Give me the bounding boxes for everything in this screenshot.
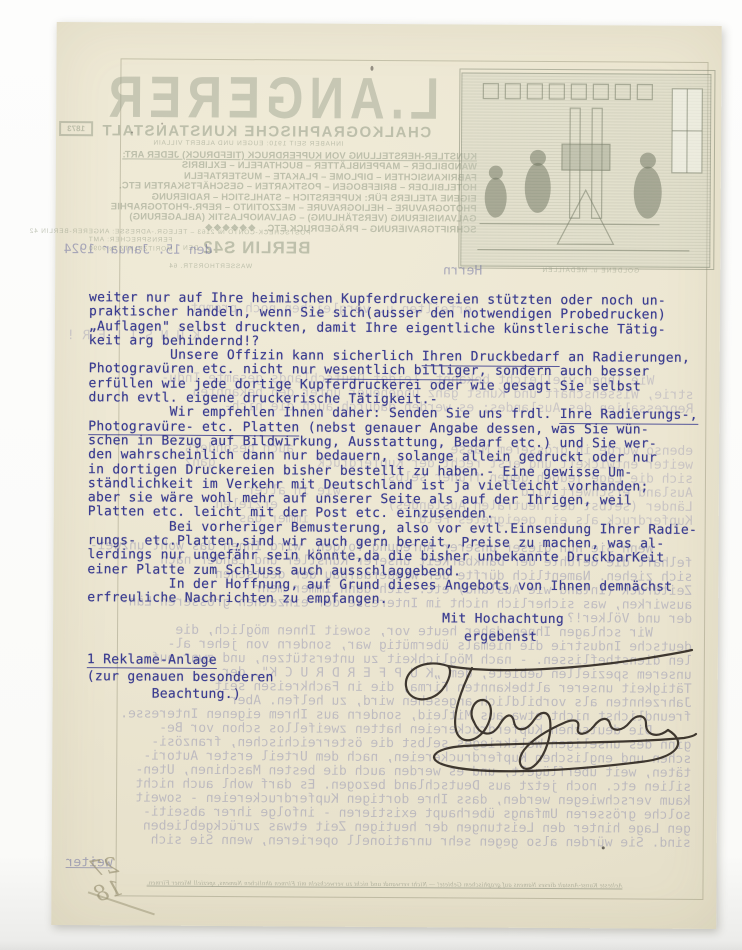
- engraving-caption: GOLDENE u. MEDAILLEN: [466, 266, 714, 275]
- enclosure-line-3: Beachtung.): [87, 687, 242, 702]
- letterhead-postscheck-line: POSTSCHECK-CONTO № 2163 – TELEGR.-ADRESS…: [94, 228, 310, 236]
- letter-paper: L.ANGERER CHALKOGRAPHISCHE KUNSTANSTALT …: [51, 22, 722, 929]
- bleed-line: sind. Sie würden also gegen sehr unratio…: [75, 833, 691, 851]
- paper-speck: [370, 66, 373, 71]
- paper-speck: [161, 123, 163, 125]
- letterhead-street: WASSERTHORSTR. 64: [120, 262, 300, 270]
- enclosure-line-1: 1 Reklame-Anlage: [87, 653, 217, 669]
- letterhead-subtitle: CHALKOGRAPHISCHE KUNSTANSTALT: [95, 122, 431, 141]
- letterhead-founding-year-badge: 1873: [59, 121, 93, 136]
- closing-ergebenst: ergebenst: [464, 630, 537, 645]
- bleed-body-text: erteilten u. vergleichen noch promptK Ü …: [57, 22, 722, 26]
- paper-speck: [602, 846, 605, 849]
- scan-background: L.ANGERER CHALKOGRAPHISCHE KUNSTANSTALT …: [0, 0, 742, 950]
- paper-speck: [131, 131, 133, 133]
- bleed-footer-imprint: Aelteste Kunst-Anstalt dieses Namens auf…: [104, 879, 664, 890]
- printing-workshop-engraving: [458, 68, 715, 270]
- engraving-image: [460, 72, 711, 268]
- letter-body: weiter nur auf Ihre heimischen Kupferdru…: [87, 291, 698, 609]
- letterhead-city: BERLIN S42: [202, 238, 310, 259]
- letterhead-proprietor-line: INHABER SEIT 1910: EUGEN UND ALBERT VILL…: [93, 139, 403, 148]
- letterhead-services-list: KUNSTLER-HERSTELLUNG VON KUPFERDRUCK (TI…: [60, 149, 477, 235]
- bleed-addressee: Herrn: [422, 264, 482, 278]
- closing-salutation: Mit Hochachtung: [442, 612, 564, 627]
- engraving-sketch: [469, 74, 710, 257]
- bleed-date-line: den 15. Januar 1924: [92, 243, 212, 258]
- enclosure-line-2: (zur genauen besonderen: [87, 670, 274, 685]
